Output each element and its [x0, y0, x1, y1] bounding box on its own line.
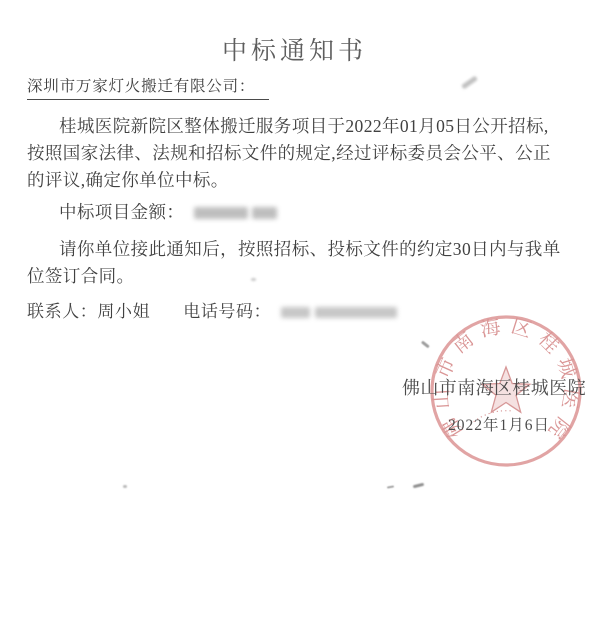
paragraph-line: 位签订合同。: [27, 263, 579, 290]
phone-label: 电话号码：: [183, 302, 271, 321]
issuer-signature: 佛山市南海区桂城医院: [402, 374, 586, 400]
contact-label: 联系人：: [27, 302, 97, 321]
paragraph-line: 桂城医院新院区整体搬迁服务项目于2022年01月05日公开招标,: [27, 113, 579, 140]
issue-date: 2022年1月6日: [448, 413, 550, 435]
scan-artifact: [461, 76, 478, 90]
scan-artifact: [387, 485, 394, 488]
scan-artifact: [123, 485, 127, 488]
paragraph-line: 请你单位接此通知后，按照招标、投标文件的约定30日内与我单: [27, 236, 579, 263]
paragraph-line: 的评议,确定你单位中标。: [27, 167, 579, 194]
scan-artifact: [251, 278, 256, 281]
paragraph-bid-result: 桂城医院新院区整体搬迁服务项目于2022年01月05日公开招标, 按照国家法律、…: [27, 113, 579, 194]
redacted-phone-prefix: [281, 307, 310, 318]
document-page: 中标通知书 深圳市万家灯火搬迁有限公司： 桂城医院新院区整体搬迁服务项目于202…: [0, 0, 589, 623]
addressee-name: 深圳市万家灯火搬迁有限公司：: [27, 74, 269, 100]
scan-artifact: [413, 483, 424, 489]
paragraph-line: 按照国家法律、法规和招标文件的规定,经过评标委员会公平、公正: [27, 140, 579, 167]
amount-line: 中标项目金额：: [59, 199, 277, 224]
contact-line: 联系人：周小姐电话号码：: [27, 297, 397, 322]
redacted-phone-number: [315, 307, 397, 318]
contact-name: 周小姐: [97, 302, 150, 321]
amount-label: 中标项目金额：: [59, 202, 184, 222]
redacted-amount-value: [194, 207, 248, 219]
paragraph-contract-notice: 请你单位接此通知后，按照招标、投标文件的约定30日内与我单 位签订合同。: [27, 236, 579, 290]
redacted-amount-unit: [252, 207, 277, 219]
document-title: 中标通知书: [0, 31, 589, 67]
addressee-line: 深圳市万家灯火搬迁有限公司：: [27, 74, 269, 100]
